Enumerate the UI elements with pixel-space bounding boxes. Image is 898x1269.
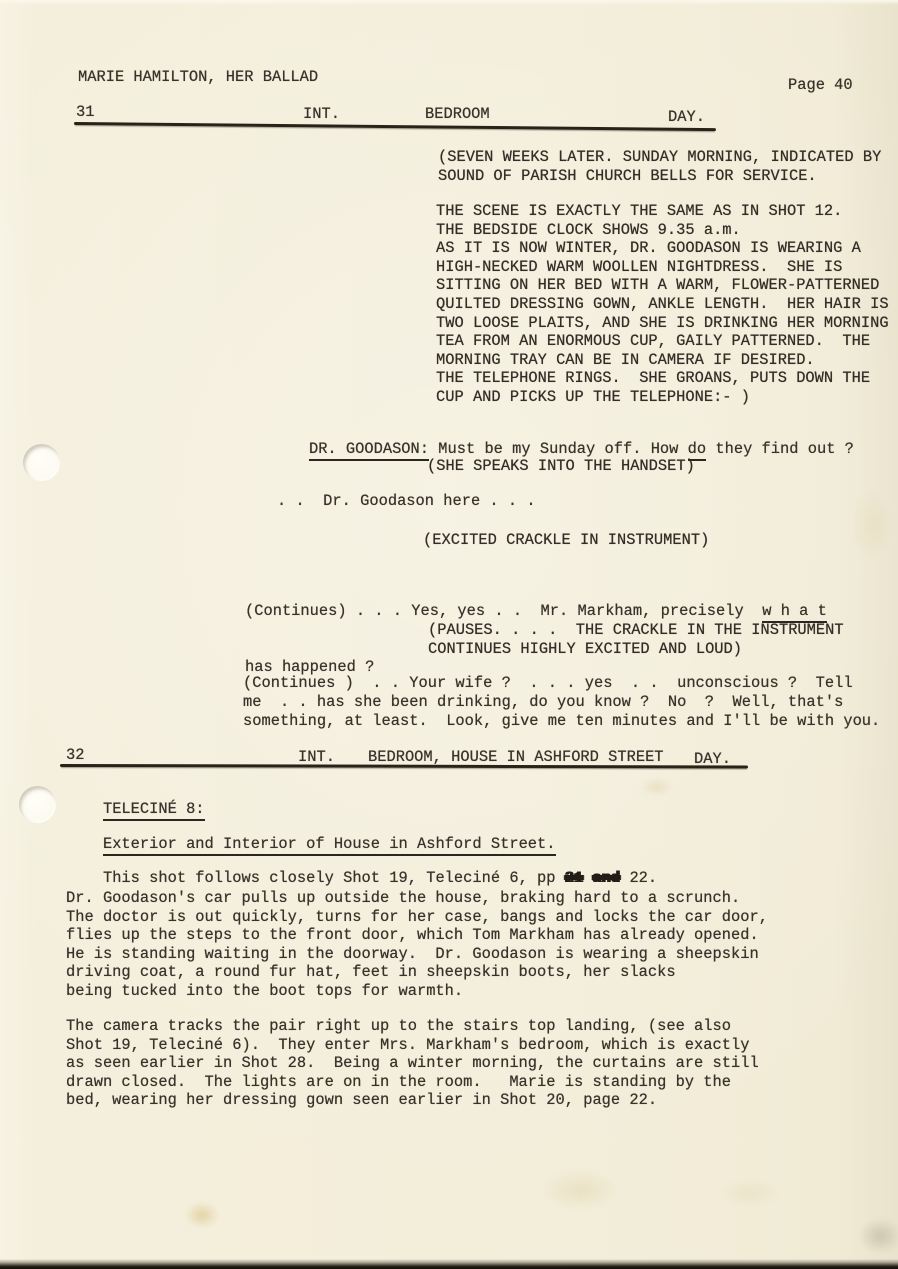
punch-hole-top — [23, 444, 60, 481]
stain — [640, 778, 674, 796]
scene-31-time: DAY. — [668, 108, 705, 127]
dialogue-text: Must be my Sunday off. How — [429, 440, 688, 458]
script-page: MARIE HAMILTON, HER BALLAD Page 40 31 IN… — [0, 0, 898, 1269]
scene-31-direction-1: (SEVEN WEEKS LATER. SUNDAY MORNING, INDI… — [438, 148, 881, 185]
stage-direction-crackle: (EXCITED CRACKLE IN INSTRUMENT) — [423, 531, 709, 550]
scene-32-action-1: Dr. Goodason's car pulls up outside the … — [66, 889, 768, 1001]
struck-text: 21 — [565, 869, 583, 887]
dialogue-text: they find out ? — [706, 440, 854, 458]
scene-32-action-2: The camera tracks the pair right up to t… — [66, 1017, 759, 1110]
dialogue-goodason-2: . . Dr. Goodason here . . . — [277, 492, 536, 511]
dialogue-text: (Continues) . . . Yes, yes . . Mr. Markh… — [245, 602, 762, 620]
struck-text: and — [592, 869, 620, 887]
stain — [540, 1170, 620, 1210]
scene-31-location: BEDROOM — [425, 105, 490, 124]
note-text: This shot follows closely Shot 19, Telec… — [103, 869, 565, 887]
scene-32-rule — [60, 764, 748, 768]
scene-31-int-label: INT. — [303, 105, 340, 124]
scene-31-rule — [74, 122, 716, 131]
dialogue-line: (Continues) . . . Yes, yes . . Mr. Markh… — [245, 602, 827, 621]
page-number: Page 40 — [788, 76, 853, 95]
scene-31-direction-2: THE SCENE IS EXACTLY THE SAME AS IN SHOT… — [436, 202, 889, 407]
stain — [858, 1218, 898, 1254]
page-bottom-edge — [0, 1259, 898, 1269]
stain — [185, 1202, 219, 1228]
page-title: MARIE HAMILTON, HER BALLAD — [78, 68, 318, 87]
page-top-edge — [0, 0, 898, 5]
speaker-name: DR. GOODASON: — [309, 440, 429, 461]
stain — [720, 1180, 780, 1206]
stage-direction-pauses: (PAUSES. . . . THE CRACKLE IN THE INSTRU… — [428, 621, 844, 658]
dialogue-goodason-4: (Continues ) . . Your wife ? . . . yes .… — [243, 674, 880, 731]
punch-hole-bottom — [19, 786, 56, 823]
stain — [852, 490, 892, 560]
scene-31-number: 31 — [76, 103, 94, 122]
stage-direction-handset: (SHE SPEAKS INTO THE HANDSET) — [427, 457, 695, 476]
note-text: 22. — [620, 869, 657, 887]
scene-32-number: 32 — [66, 746, 84, 765]
